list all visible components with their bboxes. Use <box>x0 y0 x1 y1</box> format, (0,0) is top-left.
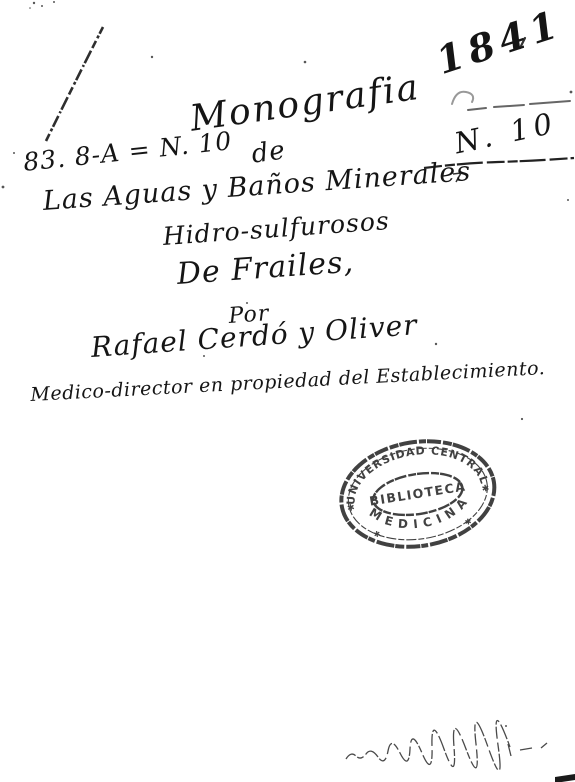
stamp-ornament-left-icon: ✱ <box>347 503 356 514</box>
stamp-ornament-bottom-left-icon: ✱ <box>373 529 381 539</box>
bottom-pencil-scribble <box>346 720 547 770</box>
corner-fragment-mark <box>555 774 575 782</box>
title-connector-de: de <box>250 137 287 167</box>
stamp-ornament-right-icon: ✱ <box>481 484 490 495</box>
pencil-stroke-mark <box>46 27 103 141</box>
manuscript-title-page: 1841 N. 10 83. 8-A = N. 10 Monografia de… <box>0 0 575 782</box>
